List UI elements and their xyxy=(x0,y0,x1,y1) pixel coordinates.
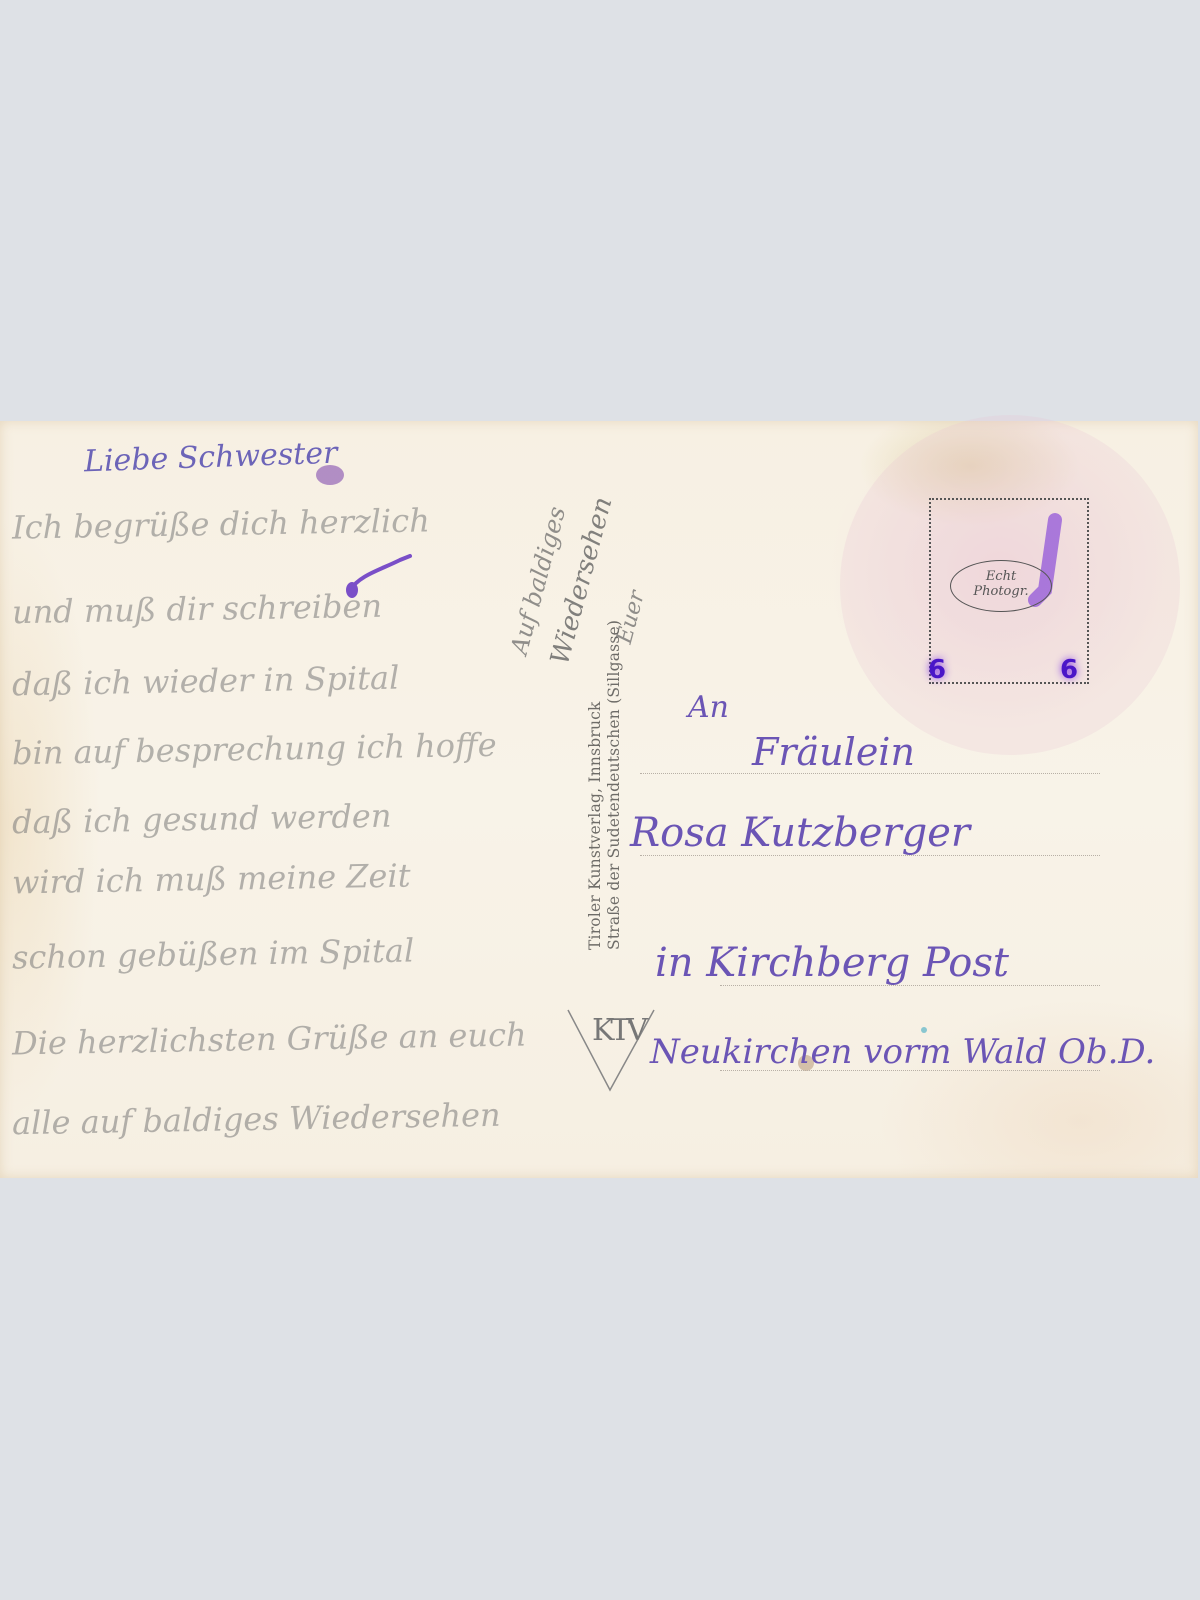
message-line-1: Ich begrüße dich herzlich xyxy=(12,501,430,546)
oval-stamp-line2: Photogr. xyxy=(951,584,1051,599)
publisher-address: Straße der Sudetendeutschen (Sillgasse) xyxy=(605,620,624,950)
oval-stamp: Echt Photogr. xyxy=(950,560,1052,612)
publisher-name: Tiroler Kunstverlag, Innsbruck xyxy=(586,620,605,950)
message-line-3: daß ich wieder in Spital xyxy=(12,659,400,704)
address-post-office: Neukirchen vorm Wald Ob.D. xyxy=(650,1032,1155,1072)
message-line-7: schon gebüßen im Spital xyxy=(12,931,415,976)
message-line-6: wird ich muß meine Zeit xyxy=(12,857,411,902)
address-recipient-name: Rosa Kutzberger xyxy=(630,810,970,856)
message-line-2: und muß dir schreiben xyxy=(12,587,383,631)
publisher-imprint: Tiroler Kunstverlag, Innsbruck Straße de… xyxy=(586,620,624,950)
message-line-5: daß ich gesund werden xyxy=(12,797,392,842)
address-title: Fräulein xyxy=(752,730,915,774)
stamp-corner-number-right: 6 xyxy=(1060,655,1078,685)
address-town: in Kirchberg Post xyxy=(655,940,1009,986)
stamp-corner-number-left: 6 xyxy=(928,655,946,685)
address-to: An xyxy=(688,690,729,725)
oval-stamp-line1: Echt xyxy=(951,569,1051,584)
